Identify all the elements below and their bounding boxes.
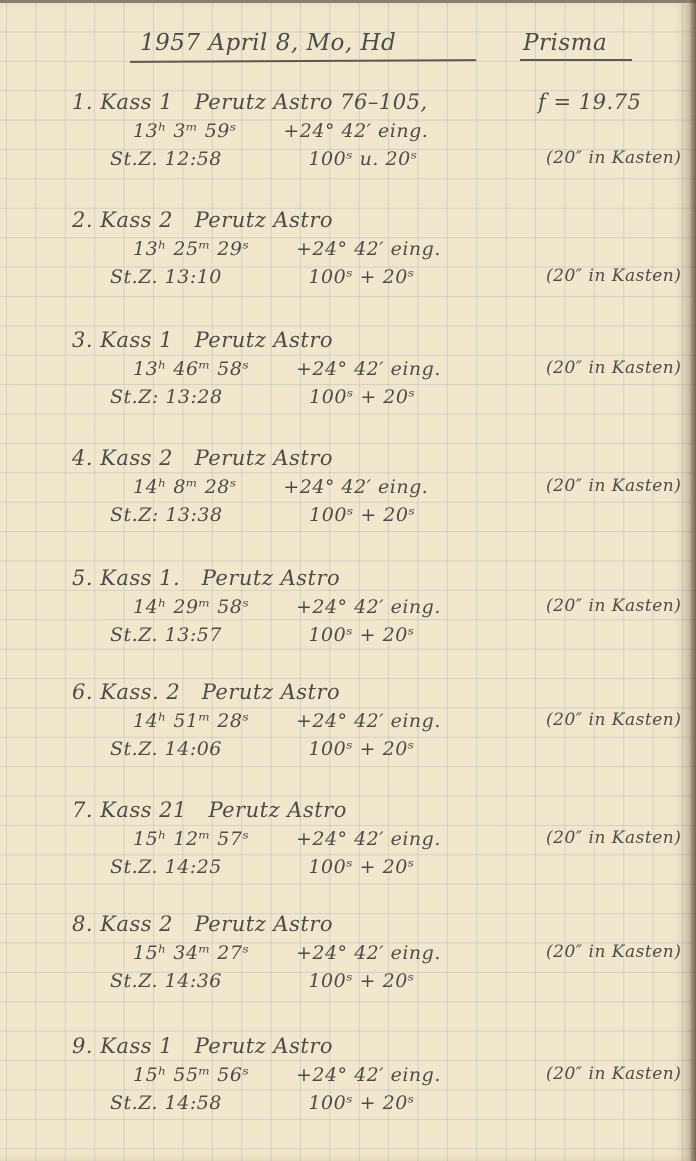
sidereal-time: St.Z: 13:38 — [110, 504, 223, 526]
entry-coordinates: 13ʰ 46ᵐ 58ˢ +24° 42′ eing. — [133, 358, 441, 380]
right-ascension: 14ʰ 51ᵐ 28ˢ — [133, 710, 249, 732]
entry-coordinates: 15ʰ 12ᵐ 57ˢ +24° 42′ eing. — [133, 828, 441, 850]
entry-header: 8. Kass 2 Perutz Astro — [72, 912, 333, 936]
title-underline — [130, 59, 476, 63]
notebook-page: 1957 April 8, Mo, Hd Prisma f = 19.75 1.… — [0, 0, 696, 1161]
sidereal-time: St.Z. 14:06 — [110, 738, 222, 760]
entry-note: (20″ in Kasten) — [546, 596, 681, 616]
entry-time: St.Z: 13:38 100ˢ + 20ˢ — [110, 504, 415, 526]
declination: +24° 42′ eing. — [283, 476, 428, 498]
entry-coordinates: 14ʰ 29ᵐ 58ˢ +24° 42′ eing. — [133, 596, 441, 618]
right-ascension: 13ʰ 3ᵐ 59ˢ — [133, 120, 237, 142]
plate-type: Perutz Astro — [202, 566, 340, 590]
entry-time: St.Z. 13:57 100ˢ + 20ˢ — [110, 624, 415, 646]
declination: +24° 42′ eing. — [296, 358, 441, 380]
entry-time: St.Z. 13:10 100ˢ + 20ˢ — [110, 266, 415, 288]
exposure: 100ˢ + 20ˢ — [308, 856, 414, 878]
observation-entry: 8. Kass 2 Perutz Astro 15ʰ 34ᵐ 27ˢ +24° … — [0, 912, 696, 1022]
declination: +24° 42′ eing. — [296, 710, 441, 732]
declination: +24° 42′ eing. — [296, 596, 441, 618]
declination: +24° 42′ eing. — [283, 120, 428, 142]
right-ascension: 15ʰ 55ᵐ 56ˢ — [133, 1064, 249, 1086]
cassette: Kass. 2 — [100, 680, 180, 704]
exposure: 100ˢ + 20ˢ — [308, 738, 414, 760]
cassette: Kass 1 — [100, 90, 173, 114]
entry-time: St.Z. 14:25 100ˢ + 20ˢ — [110, 856, 415, 878]
sidereal-time: St.Z. 14:58 — [110, 1092, 222, 1114]
sidereal-time: St.Z. 13:10 — [110, 266, 222, 288]
entry-number: 5. — [72, 566, 93, 590]
cassette: Kass 2 — [100, 446, 173, 470]
entry-header: 6. Kass. 2 Perutz Astro — [72, 680, 340, 704]
plate-type: Perutz Astro — [195, 208, 333, 232]
entry-note: (20″ in Kasten) — [546, 476, 681, 496]
plate-type: Perutz Astro — [195, 912, 333, 936]
entry-coordinates: 13ʰ 3ᵐ 59ˢ +24° 42′ eing. — [133, 120, 428, 142]
cassette: Kass 21 — [100, 798, 187, 822]
declination: +24° 42′ eing. — [296, 1064, 441, 1086]
entry-number: 7. — [72, 798, 93, 822]
plate-type: Perutz Astro — [195, 328, 333, 352]
sidereal-time: St.Z. 13:57 — [110, 624, 222, 646]
entry-header: 2. Kass 2 Perutz Astro — [72, 208, 333, 232]
entry-number: 4. — [72, 446, 93, 470]
observation-entry: 5. Kass 1. Perutz Astro 14ʰ 29ᵐ 58ˢ +24°… — [0, 566, 696, 676]
entry-header: 7. Kass 21 Perutz Astro — [72, 798, 347, 822]
exposure: 100ˢ + 20ˢ — [308, 1092, 414, 1114]
entry-note: (20″ in Kasten) — [546, 1064, 681, 1084]
entry-header: 4. Kass 2 Perutz Astro — [72, 446, 333, 470]
declination: +24° 42′ eing. — [296, 942, 441, 964]
right-ascension: 15ʰ 12ᵐ 57ˢ — [133, 828, 249, 850]
entry-note: (20″ in Kasten) — [546, 942, 681, 962]
entry-note: (20″ in Kasten) — [546, 148, 681, 168]
right-ascension: 13ʰ 46ᵐ 58ˢ — [133, 358, 249, 380]
entry-time: St.Z. 14:36 100ˢ + 20ˢ — [110, 970, 415, 992]
right-ascension: 13ʰ 25ᵐ 29ˢ — [133, 238, 249, 260]
page-title: 1957 April 8, Mo, Hd — [140, 30, 396, 56]
observation-entry: 6. Kass. 2 Perutz Astro 14ʰ 51ᵐ 28ˢ +24°… — [0, 680, 696, 790]
cassette: Kass 1 — [100, 1034, 173, 1058]
plate-type: Perutz Astro — [195, 446, 333, 470]
cassette: Kass 1. — [100, 566, 180, 590]
observation-entry: 7. Kass 21 Perutz Astro 15ʰ 12ᵐ 57ˢ +24°… — [0, 798, 696, 908]
exposure: 100ˢ + 20ˢ — [309, 504, 415, 526]
cassette: Kass 2 — [100, 912, 173, 936]
sidereal-time: St.Z. 14:36 — [110, 970, 222, 992]
entry-note: (20″ in Kasten) — [546, 358, 681, 378]
entry-number: 9. — [72, 1034, 93, 1058]
right-ascension: 15ʰ 34ᵐ 27ˢ — [133, 942, 249, 964]
observation-entry: 2. Kass 2 Perutz Astro 13ʰ 25ᵐ 29ˢ +24° … — [0, 208, 696, 318]
right-ascension: 14ʰ 8ᵐ 28ˢ — [133, 476, 237, 498]
plate-type: Perutz Astro — [208, 798, 346, 822]
entry-number: 2. — [72, 208, 93, 232]
entry-header: 9. Kass 1 Perutz Astro — [72, 1034, 333, 1058]
entry-time: St.Z. 14:58 100ˢ + 20ˢ — [110, 1092, 415, 1114]
observation-entry: 9. Kass 1 Perutz Astro 15ʰ 55ᵐ 56ˢ +24° … — [0, 1034, 696, 1144]
sidereal-time: St.Z: 13:28 — [110, 386, 223, 408]
entry-header: 1. Kass 1 Perutz Astro 76–105, — [72, 90, 428, 114]
entry-note: (20″ in Kasten) — [546, 266, 681, 286]
entry-coordinates: 14ʰ 51ᵐ 28ˢ +24° 42′ eing. — [133, 710, 441, 732]
exposure: 100ˢ u. 20ˢ — [308, 148, 417, 170]
cassette: Kass 1 — [100, 328, 173, 352]
instrument-label: Prisma — [523, 30, 607, 56]
observation-entry: 1. Kass 1 Perutz Astro 76–105, 13ʰ 3ᵐ 59… — [0, 90, 696, 200]
entry-time: St.Z. 12:58 100ˢ u. 20ˢ — [110, 148, 418, 170]
entry-number: 1. — [72, 90, 93, 114]
entry-number: 3. — [72, 328, 93, 352]
observation-entry: 3. Kass 1 Perutz Astro 13ʰ 46ᵐ 58ˢ +24° … — [0, 328, 696, 438]
entry-note: (20″ in Kasten) — [546, 710, 681, 730]
entry-note: (20″ in Kasten) — [546, 828, 681, 848]
entry-header: 5. Kass 1. Perutz Astro — [72, 566, 340, 590]
entry-coordinates: 14ʰ 8ᵐ 28ˢ +24° 42′ eing. — [133, 476, 428, 498]
entry-coordinates: 13ʰ 25ᵐ 29ˢ +24° 42′ eing. — [133, 238, 441, 260]
right-ascension: 14ʰ 29ᵐ 58ˢ — [133, 596, 249, 618]
observation-entry: 4. Kass 2 Perutz Astro 14ʰ 8ᵐ 28ˢ +24° 4… — [0, 446, 696, 556]
entry-number: 6. — [72, 680, 93, 704]
entry-coordinates: 15ʰ 34ᵐ 27ˢ +24° 42′ eing. — [133, 942, 441, 964]
exposure: 100ˢ + 20ˢ — [308, 266, 414, 288]
instrument-underline — [520, 59, 632, 61]
declination: +24° 42′ eing. — [296, 238, 441, 260]
entry-time: St.Z: 13:28 100ˢ + 20ˢ — [110, 386, 415, 408]
exposure: 100ˢ + 20ˢ — [308, 970, 414, 992]
sidereal-time: St.Z. 12:58 — [110, 148, 222, 170]
sidereal-time: St.Z. 14:25 — [110, 856, 222, 878]
entry-coordinates: 15ʰ 55ᵐ 56ˢ +24° 42′ eing. — [133, 1064, 441, 1086]
cassette: Kass 2 — [100, 208, 173, 232]
entry-time: St.Z. 14:06 100ˢ + 20ˢ — [110, 738, 415, 760]
entry-number: 8. — [72, 912, 93, 936]
plate-type: Perutz Astro — [195, 1034, 333, 1058]
declination: +24° 42′ eing. — [296, 828, 441, 850]
exposure: 100ˢ + 20ˢ — [309, 386, 415, 408]
plate-type: Perutz Astro 76–105, — [195, 90, 428, 114]
exposure: 100ˢ + 20ˢ — [308, 624, 414, 646]
entry-header: 3. Kass 1 Perutz Astro — [72, 328, 333, 352]
plate-type: Perutz Astro — [202, 680, 340, 704]
